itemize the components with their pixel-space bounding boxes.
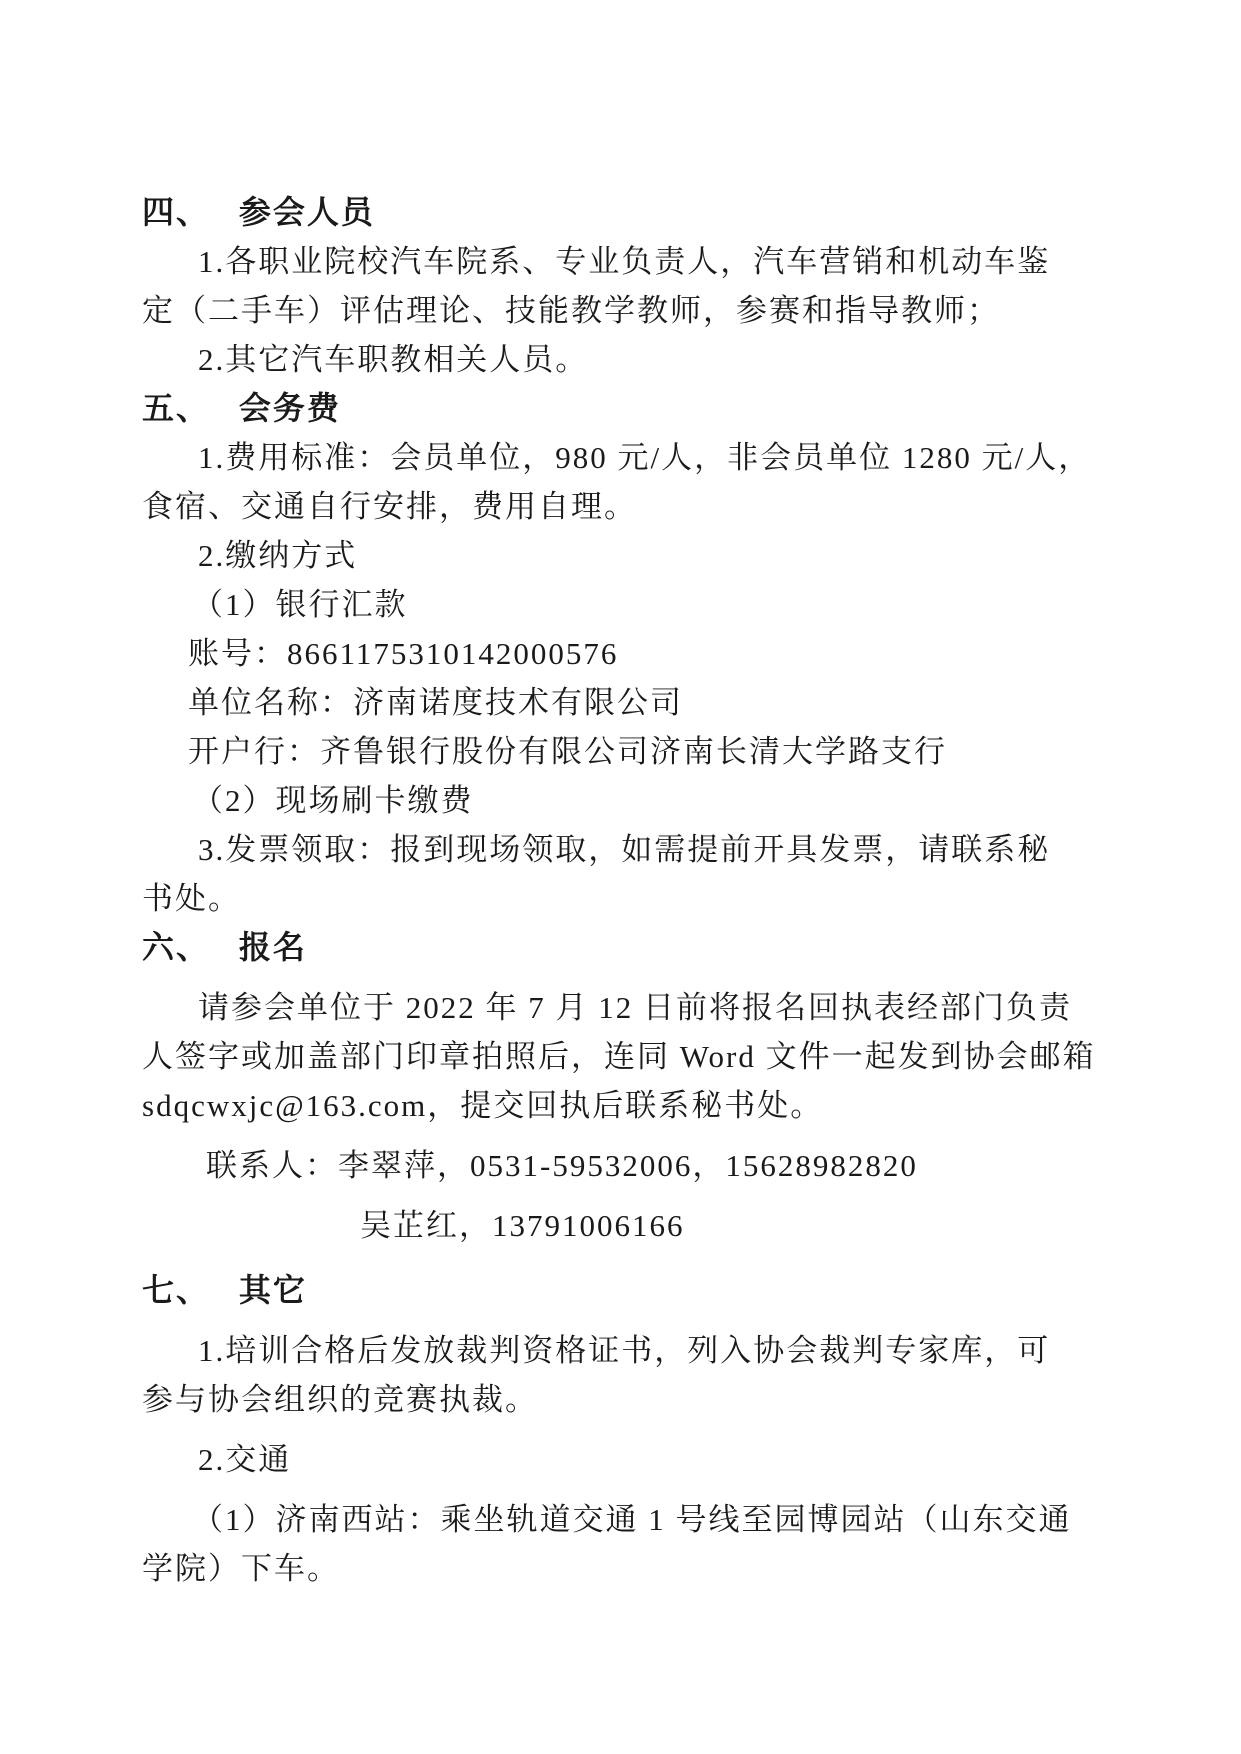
s7-certificate-line2: 参与协会组织的竞赛执裁。 (142, 1375, 1101, 1424)
section-6-number: 六、 (142, 929, 210, 965)
s5-payment-method: 2.缴纳方式 (142, 531, 1101, 580)
s6-contact-person-2: 吴芷红，13791006166 (142, 1201, 1101, 1250)
s5-bank-branch: 开户行：齐鲁银行股份有限公司济南长清大学路支行 (142, 727, 1101, 776)
section-6-heading: 六、 报名 (142, 923, 1101, 972)
s6-registration-line1: 请参会单位于 2022 年 7 月 12 日前将报名回执表经部门负责 (142, 983, 1101, 1032)
s5-company-name: 单位名称：济南诺度技术有限公司 (142, 678, 1101, 727)
s7-certificate-line1: 1.培训合格后发放裁判资格证书，列入协会裁判专家库，可 (142, 1326, 1101, 1375)
s5-invoice-line1: 3.发票领取：报到现场领取，如需提前开具发票，请联系秘 (142, 825, 1101, 874)
document-page: 四、 参会人员 1.各职业院校汽车院系、专业负责人，汽车营销和机动车鉴 定（二手… (0, 0, 1241, 1754)
section-7-heading: 七、 其它 (142, 1266, 1101, 1315)
section-7-title: 其它 (239, 1272, 307, 1308)
section-4-heading: 四、 参会人员 (142, 188, 1101, 237)
s4-attendees-line3: 2.其它汽车职教相关人员。 (142, 335, 1101, 384)
s7-jinan-west-station-line2: 学院）下车。 (142, 1544, 1101, 1593)
s6-contact-person-1: 联系人：李翠萍，0531-59532006，15628982820 (142, 1141, 1101, 1190)
section-5-title: 会务费 (239, 390, 341, 426)
section-5-heading: 五、 会务费 (142, 384, 1101, 433)
s5-bank-transfer: （1）银行汇款 (142, 580, 1101, 629)
s7-transport: 2.交通 (142, 1435, 1101, 1484)
section-5-number: 五、 (142, 390, 210, 426)
s5-fee-standard-line1: 1.费用标准：会员单位，980 元/人，非会员单位 1280 元/人， (142, 433, 1101, 482)
s7-jinan-west-station-line1: （1）济南西站：乘坐轨道交通 1 号线至园博园站（山东交通 (142, 1495, 1101, 1544)
section-4-title: 参会人员 (239, 194, 375, 230)
section-6-title: 报名 (239, 929, 307, 965)
s5-fee-standard-line2: 食宿、交通自行安排，费用自理。 (142, 482, 1101, 531)
s4-attendees-line1: 1.各职业院校汽车院系、专业负责人，汽车营销和机动车鉴 (142, 237, 1101, 286)
s4-attendees-line2: 定（二手车）评估理论、技能教学教师，参赛和指导教师； (142, 286, 1101, 335)
s5-onsite-card-payment: （2）现场刷卡缴费 (142, 776, 1101, 825)
section-4-number: 四、 (142, 194, 210, 230)
section-7-number: 七、 (142, 1272, 210, 1308)
s6-registration-line2: 人签字或加盖部门印章拍照后，连同 Word 文件一起发到协会邮箱 (142, 1032, 1101, 1081)
s5-invoice-line2: 书处。 (142, 874, 1101, 923)
s5-account-number: 账号：8661175310142000576 (142, 629, 1101, 678)
s6-registration-line3: sdqcwxjc@163.com，提交回执后联系秘书处。 (142, 1081, 1101, 1130)
